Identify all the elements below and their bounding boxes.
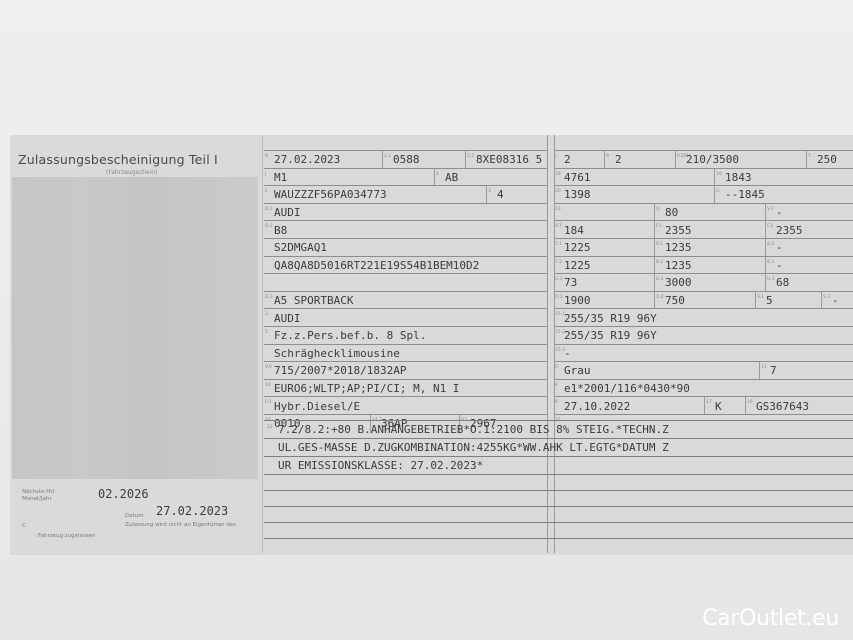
field-value: 2355 [665,224,692,237]
remark-line: UL.GES-MASSE D.ZUGKOMBINATION:4255KG*WW.… [278,441,669,454]
field-code: 8.3 [767,260,774,265]
field-value: 750 [665,294,685,307]
remark-line: UR EMISSIONSKLASSE: 27.02.2023* [278,459,483,472]
field-cell: 15.2255/35 R19 96Y [554,327,853,345]
field-cell [264,274,548,292]
field-value: 255/35 R19 96Y [564,312,657,325]
field-code: S.2 [823,295,830,300]
field-value: 1843 [725,171,752,184]
field-value: 1235 [665,259,692,272]
field-cell: D.1AUDI [264,204,548,222]
field-value: WAUZZZF56PA034773 [274,188,387,201]
field-cell: 2AUDI [264,309,548,327]
field-code: 6 [555,400,558,405]
registration-certificate: Zulassungsbescheinigung Teil I (Fahrzeug… [10,135,853,555]
field-cell: 201398 [554,186,715,204]
field-cell: JM1 [264,169,435,187]
field-code: 9 [606,154,609,159]
watermark-logo: CarOutlet.eu [702,606,839,631]
field-code: L [555,154,558,159]
field-value: 255/35 R19 96Y [564,329,657,342]
date-value: 27.02.2023 [156,504,228,518]
table-row: D.1AUDI [264,203,547,222]
field-code: G [716,189,720,194]
field-value: 7 [770,364,777,377]
field-code: 7.2 [555,260,562,265]
field-value: QA8QA8D5016RT221E19S54B1BEM10D2 [274,259,479,272]
field-cell: Ke1*2001/116*0430*90 [554,380,853,398]
field-cell: 8.21235 [655,257,766,275]
field-cell: O.2750 [655,292,756,310]
field-value: B8 [274,224,287,237]
table-row: EWAUZZZF56PA03477334 [264,185,547,204]
field-value: 250 [817,153,837,166]
field-cell: Q80 [655,204,766,222]
field-cell: 17K [705,397,746,415]
field-code: 16 [747,400,753,405]
field-code: 19 [716,172,722,177]
field-value: EURO6;WLTP;AP;PI/CI; M, N1 I [274,382,459,395]
field-cell: F.22355 [766,221,853,239]
field-code: 2.2 [467,154,474,159]
field-cell: P.2/P.4210/3500 [676,151,807,169]
document-subtitle: (Fahrzeugschein) [106,169,157,176]
field-cell: V.7184 [554,221,655,239]
field-value: - [832,294,839,307]
field-value: 0588 [393,153,420,166]
field-code: S.1 [757,295,764,300]
field-cell: S.15 [756,292,822,310]
field-code: V.7 [767,207,774,212]
field-code: 3 [488,189,491,194]
field-value: 8XE08316 5 [476,153,542,166]
table-row: 15.1255/35 R19 96Y [554,308,853,327]
field-cell: T250 [807,151,853,169]
field-value: K [715,400,722,413]
table-row: Schräghecklimousine [264,344,547,363]
field-cell: Schräghecklimousine [264,345,548,363]
field-cell: U.173 [554,274,655,292]
table-row: RGrau117 [554,361,853,380]
field-value: 4 [497,188,504,201]
table-row: Ke1*2001/116*0430*90 [554,379,853,398]
field-cell: 627.10.2022 [554,397,705,415]
field-value: 5 [766,294,773,307]
field-value: Fz.z.Pers.bef.b. 8 Spl. [274,329,426,342]
field-code: T [808,154,811,159]
field-cell: 117 [760,362,853,380]
field-value: 210/3500 [686,153,739,166]
field-code: V.9 [265,365,272,370]
table-row: O.11900O.2750S.15S.2- [554,291,853,310]
field-cell: P.3Hybr.Diesel/E [264,397,548,415]
field-value: A5 SPORTBACK [274,294,353,307]
field-value: 1900 [564,294,591,307]
remark-line: 7.2/8.2:+80 B.ANHÄNGEBETRIEB*O.1:2100 BI… [278,423,669,436]
table-row: P.3Hybr.Diesel/E [264,396,547,415]
field-cell: 5Fz.z.Pers.bef.b. 8 Spl. [264,327,548,345]
document-title: Zulassungsbescheinigung Teil I [18,152,258,167]
redacted-owner-area [12,177,258,479]
field-cell: V.9715/2007*2018/1832AP [264,362,548,380]
field-cell: 7.11225 [554,239,655,257]
field-cell: L2 [554,151,605,169]
field-cell: V.7- [766,204,853,222]
field-cell: 8.11235 [655,239,766,257]
field-value: AUDI [274,312,301,325]
field-value: - [776,206,783,219]
field-value: GS367643 [756,400,809,413]
field-code: F.2 [767,224,773,229]
field-code: J [265,172,266,177]
table-row: V.9715/2007*2018/1832AP [264,361,547,380]
remarks-code: 22 [267,425,273,430]
field-cell: B27.02.2023 [264,151,383,169]
field-cell: D.2B8 [264,221,548,239]
field-code: 15.3 [555,348,565,353]
field-code: R [555,365,558,370]
date-label: Datum [125,513,144,520]
field-value: 1235 [665,241,692,254]
field-value: 3000 [665,276,692,289]
field-value: Schräghecklimousine [274,347,400,360]
field-value: 2355 [776,224,803,237]
field-cell: 14EURO6;WLTP;AP;PI/CI; M, N1 I [264,380,548,398]
field-code: 8.2 [656,260,663,265]
table-row: D.3A5 SPORTBACK [264,291,547,310]
field-value: Hybr.Diesel/E [274,400,360,413]
field-code: 17 [706,400,712,405]
field-value: 1398 [564,188,591,201]
table-row: 14EURO6;WLTP;AP;PI/CI; M, N1 I [264,379,547,398]
field-code: 15.2 [555,330,565,335]
field-code: U.2 [656,277,664,282]
field-code: 18 [555,172,561,177]
field-code: 15.1 [555,312,565,317]
field-code: 8.1 [656,242,663,247]
table-row: U.173U.23000U.368 [554,273,853,292]
field-value: 80 [665,206,678,219]
footer-label: Fahrzeug zugelassen [38,533,96,540]
field-code: V.7 [555,224,562,229]
field-code: D.1 [265,207,273,212]
table-row: 2AUDI [264,308,547,327]
table-row [264,273,547,292]
field-cell: 34 [487,186,562,204]
field-value: AB [445,171,458,184]
field-value: S2DMGAQ1 [274,241,327,254]
footer-c-mark: C [22,523,26,530]
field-code: 14 [265,383,271,388]
field-code: 2.1 [384,154,391,159]
field-value: 27.10.2022 [564,400,630,413]
field-cell: 4AB [435,169,550,187]
next-inspection-value: 02.2026 [98,487,149,501]
field-code: E [265,189,268,194]
field-cell: D.3A5 SPORTBACK [264,292,548,310]
field-cell: S2DMGAQ1 [264,239,548,257]
field-cell: S.2- [822,292,853,310]
field-code: O.2 [656,295,664,300]
table-row: 7.212258.212358.3- [554,256,853,275]
table-row: D.2B8 [264,220,547,239]
field-code: 11 [761,365,767,370]
field-cell: 8.2- [766,239,853,257]
field-code: 2 [265,312,268,317]
field-code: P.3 [265,400,271,405]
table-row: V.7184F.12355F.22355 [554,220,853,239]
field-value: 27.02.2023 [274,153,340,166]
table-row: JM14AB [264,168,547,187]
field-value: 73 [564,276,577,289]
table-row: B27.02.20232.105882.28XE08316 5 [264,150,547,169]
field-code: K [555,383,558,388]
table-row: 201398G--1845 [554,185,853,204]
field-cell: EWAUZZZF56PA034773 [264,186,487,204]
field-cell: 15.3- [554,345,853,363]
field-code: U.3 [767,277,775,282]
field-cell: 191843 [715,169,853,187]
field-value: 2 [615,153,622,166]
field-cell: 8.3- [766,257,853,275]
field-code: U.1 [555,277,563,282]
table-row: 13Q80V.7- [554,203,853,222]
field-value: AUDI [274,206,301,219]
field-value: 1225 [564,241,591,254]
field-value: 68 [776,276,789,289]
authority-note: Zulassung wird nicht an Eigentümer des [125,522,236,529]
field-cell: 2.10588 [383,151,466,169]
field-value: - [776,259,783,272]
table-row: 15.3- [554,344,853,363]
field-code: F.1 [656,224,662,229]
table-row: L292P.2/P.4210/3500T250 [554,150,853,169]
field-code: O.1 [555,295,563,300]
table-row: 7.112258.112358.2- [554,238,853,257]
field-code: 4 [436,172,439,177]
field-code: 5 [265,330,268,335]
field-cell: QA8QA8D5016RT221E19S54B1BEM10D2 [264,257,548,275]
table-row: 15.2255/35 R19 96Y [554,326,853,345]
table-row: 627.10.202217K16GS367643 [554,396,853,415]
field-value: e1*2001/116*0430*90 [564,382,690,395]
field-cell: G--1845 [715,186,853,204]
field-code: Q [656,207,660,212]
field-cell: 16GS367643 [746,397,853,415]
left-panel: Zulassungsbescheinigung Teil I (Fahrzeug… [10,135,263,553]
table-row: 184761191843 [554,168,853,187]
field-cell: U.23000 [655,274,766,292]
field-cell: 184761 [554,169,715,187]
field-value: 1225 [564,259,591,272]
field-code: 7.1 [555,242,562,247]
field-code: 20 [555,189,561,194]
field-cell: O.11900 [554,292,655,310]
field-value: 4761 [564,171,591,184]
field-code: D.3 [265,295,273,300]
field-value: - [776,241,783,254]
field-value: --1845 [725,188,765,201]
field-cell: U.368 [766,274,853,292]
field-code: 13 [555,207,561,212]
next-inspection-label: Nächste HU Monat/Jahr [22,489,66,503]
table-row: 5Fz.z.Pers.bef.b. 8 Spl. [264,326,547,345]
field-cell: 92 [605,151,676,169]
field-cell: 15.1255/35 R19 96Y [554,309,853,327]
field-cell: 13 [554,204,655,222]
field-code: P.2/P.4 [677,154,691,159]
field-value: M1 [274,171,287,184]
field-value: 715/2007*2018/1832AP [274,364,406,377]
field-cell: 7.21225 [554,257,655,275]
table-row: QA8QA8D5016RT221E19S54B1BEM10D2 [264,256,547,275]
field-value: 2 [564,153,571,166]
field-code: D.2 [265,224,273,229]
field-value: Grau [564,364,591,377]
field-value: 184 [564,224,584,237]
field-code: B [265,154,268,159]
field-cell: F.12355 [655,221,766,239]
field-code: 8.2 [767,242,774,247]
table-row: S2DMGAQ1 [264,238,547,257]
field-cell: RGrau [554,362,760,380]
